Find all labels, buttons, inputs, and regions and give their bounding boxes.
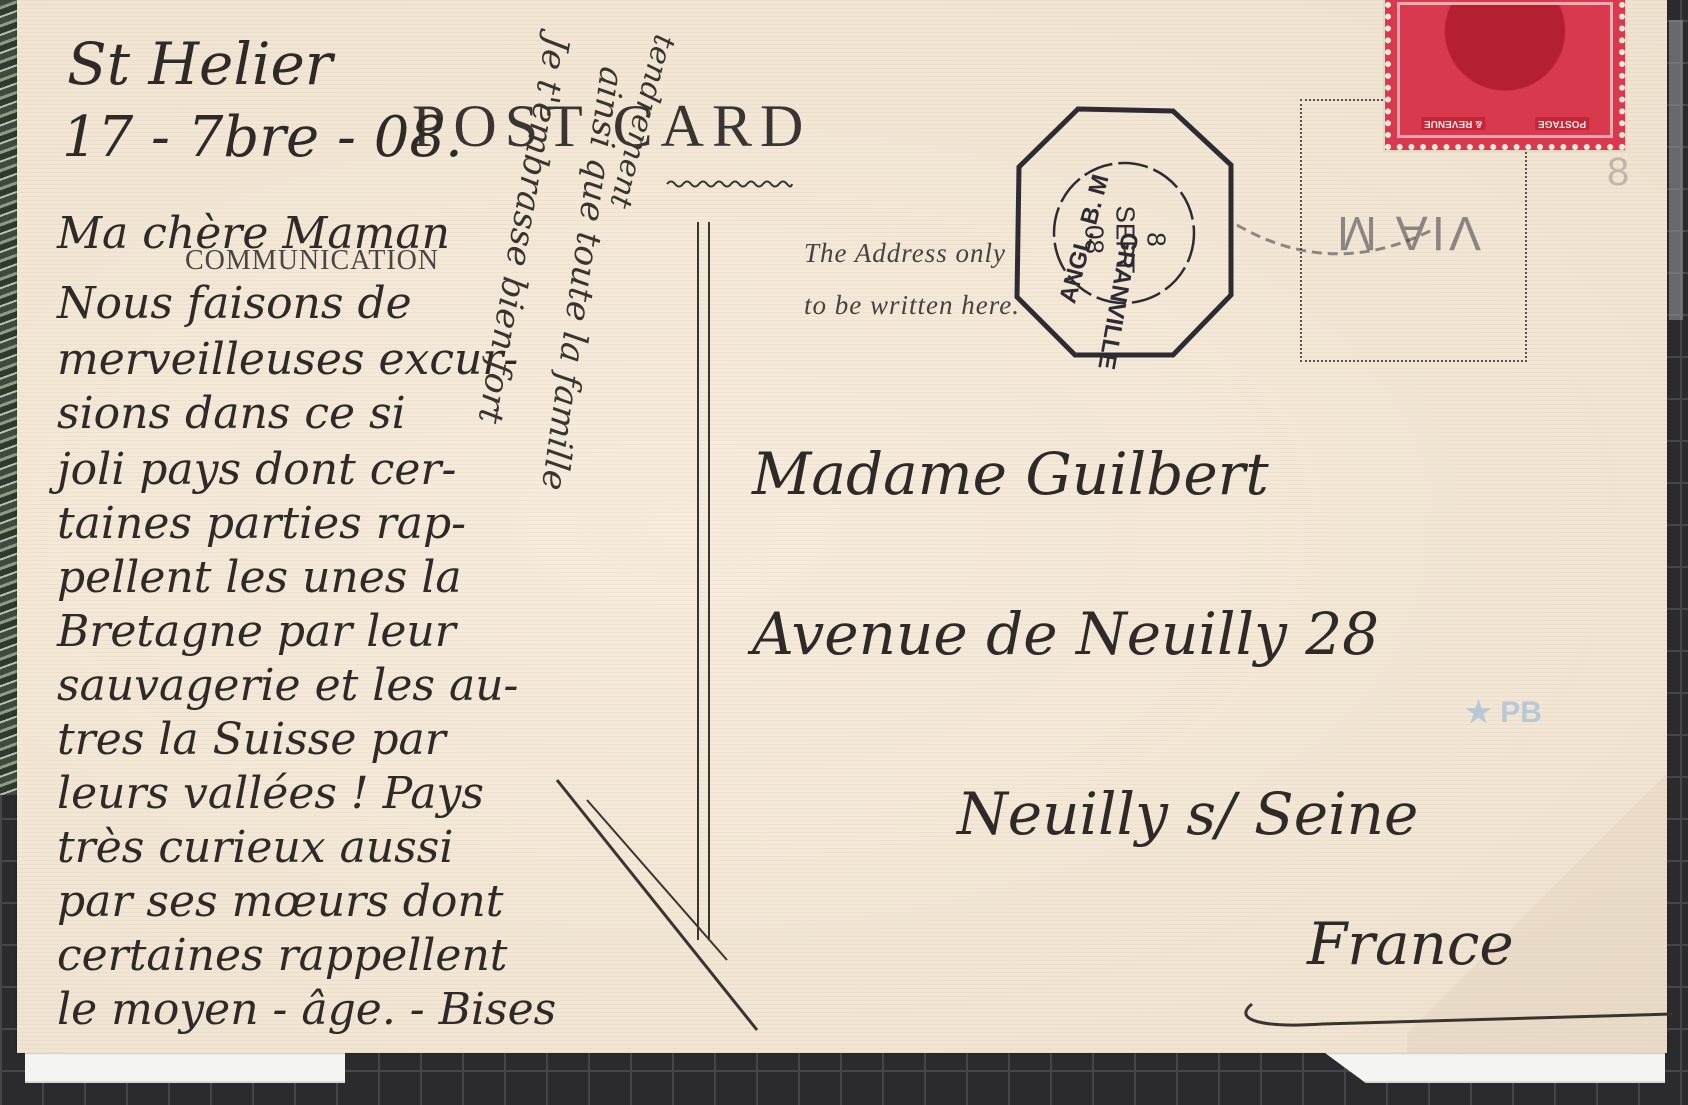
message-line: pellent les unes la — [57, 552, 462, 603]
message-line: taines parties rap- — [57, 498, 466, 549]
star-icon: ★ — [1465, 696, 1492, 729]
address-city: Neuilly s/ Seine — [957, 780, 1418, 848]
stamp-revenue-label: & REVENUE — [1421, 117, 1485, 130]
stamp-postage-label: POSTAGE — [1535, 117, 1589, 130]
mount-strip-right — [1325, 1053, 1665, 1083]
cancel-arc — [1232, 220, 1442, 280]
message-line: par ses mœurs dont — [57, 876, 503, 927]
message-line: joli pays dont cer- — [57, 444, 456, 495]
message-line: leurs vallées ! Pays — [57, 768, 484, 819]
message-line: Bretagne par leur — [57, 606, 456, 657]
mount-strip-left — [25, 1053, 345, 1083]
postmark-date: 8 SEPT 08 — [1079, 200, 1172, 280]
postcard: POST CARD COMMUNICATION The Address only… — [17, 0, 1667, 1053]
message-line: le moyen - âge. - Bises — [57, 984, 556, 1035]
address-street: Avenue de Neuilly 28 — [752, 600, 1379, 668]
postmark-month: SEPT — [1110, 200, 1141, 280]
postmark-year: 08 — [1079, 200, 1110, 280]
address-underline — [1242, 1000, 1682, 1030]
postmark-day: 8 — [1141, 200, 1172, 280]
dealer-mark-text: PB — [1500, 696, 1542, 729]
message-date: 17 - 7bre - 08. — [62, 105, 463, 170]
postage-stamp: & REVENUE POSTAGE — [1385, 0, 1625, 150]
message-line: merveilleuses excur- — [57, 334, 518, 385]
octagonal-postmark: ANGL. B. M GRANVILLE 8 SEPT 08 — [1013, 105, 1235, 358]
address-note-line2: to be written here. — [804, 290, 1020, 321]
pencil-note: 8 — [1607, 150, 1629, 195]
message-place: St Helier — [67, 30, 333, 98]
message-line: Nous faisons de — [57, 278, 412, 329]
message-line: sauvagerie et les au- — [57, 660, 518, 711]
message-line: très curieux aussi — [57, 822, 453, 873]
message-line: Ma chère Maman — [57, 208, 450, 259]
message-line: certaines rappellent — [57, 930, 507, 981]
message-line: sions dans ce si — [57, 388, 406, 439]
sleeve-edge — [1669, 20, 1683, 320]
address-recipient: Madame Guilbert — [752, 440, 1269, 508]
address-note-line1: The Address only — [804, 238, 1006, 269]
wavy-divider — [667, 178, 792, 190]
address-country: France — [1307, 910, 1514, 978]
message-line: tres la Suisse par — [57, 714, 446, 765]
cross-stroke — [557, 780, 777, 1040]
dealer-mark: ★ PB — [1465, 695, 1542, 730]
